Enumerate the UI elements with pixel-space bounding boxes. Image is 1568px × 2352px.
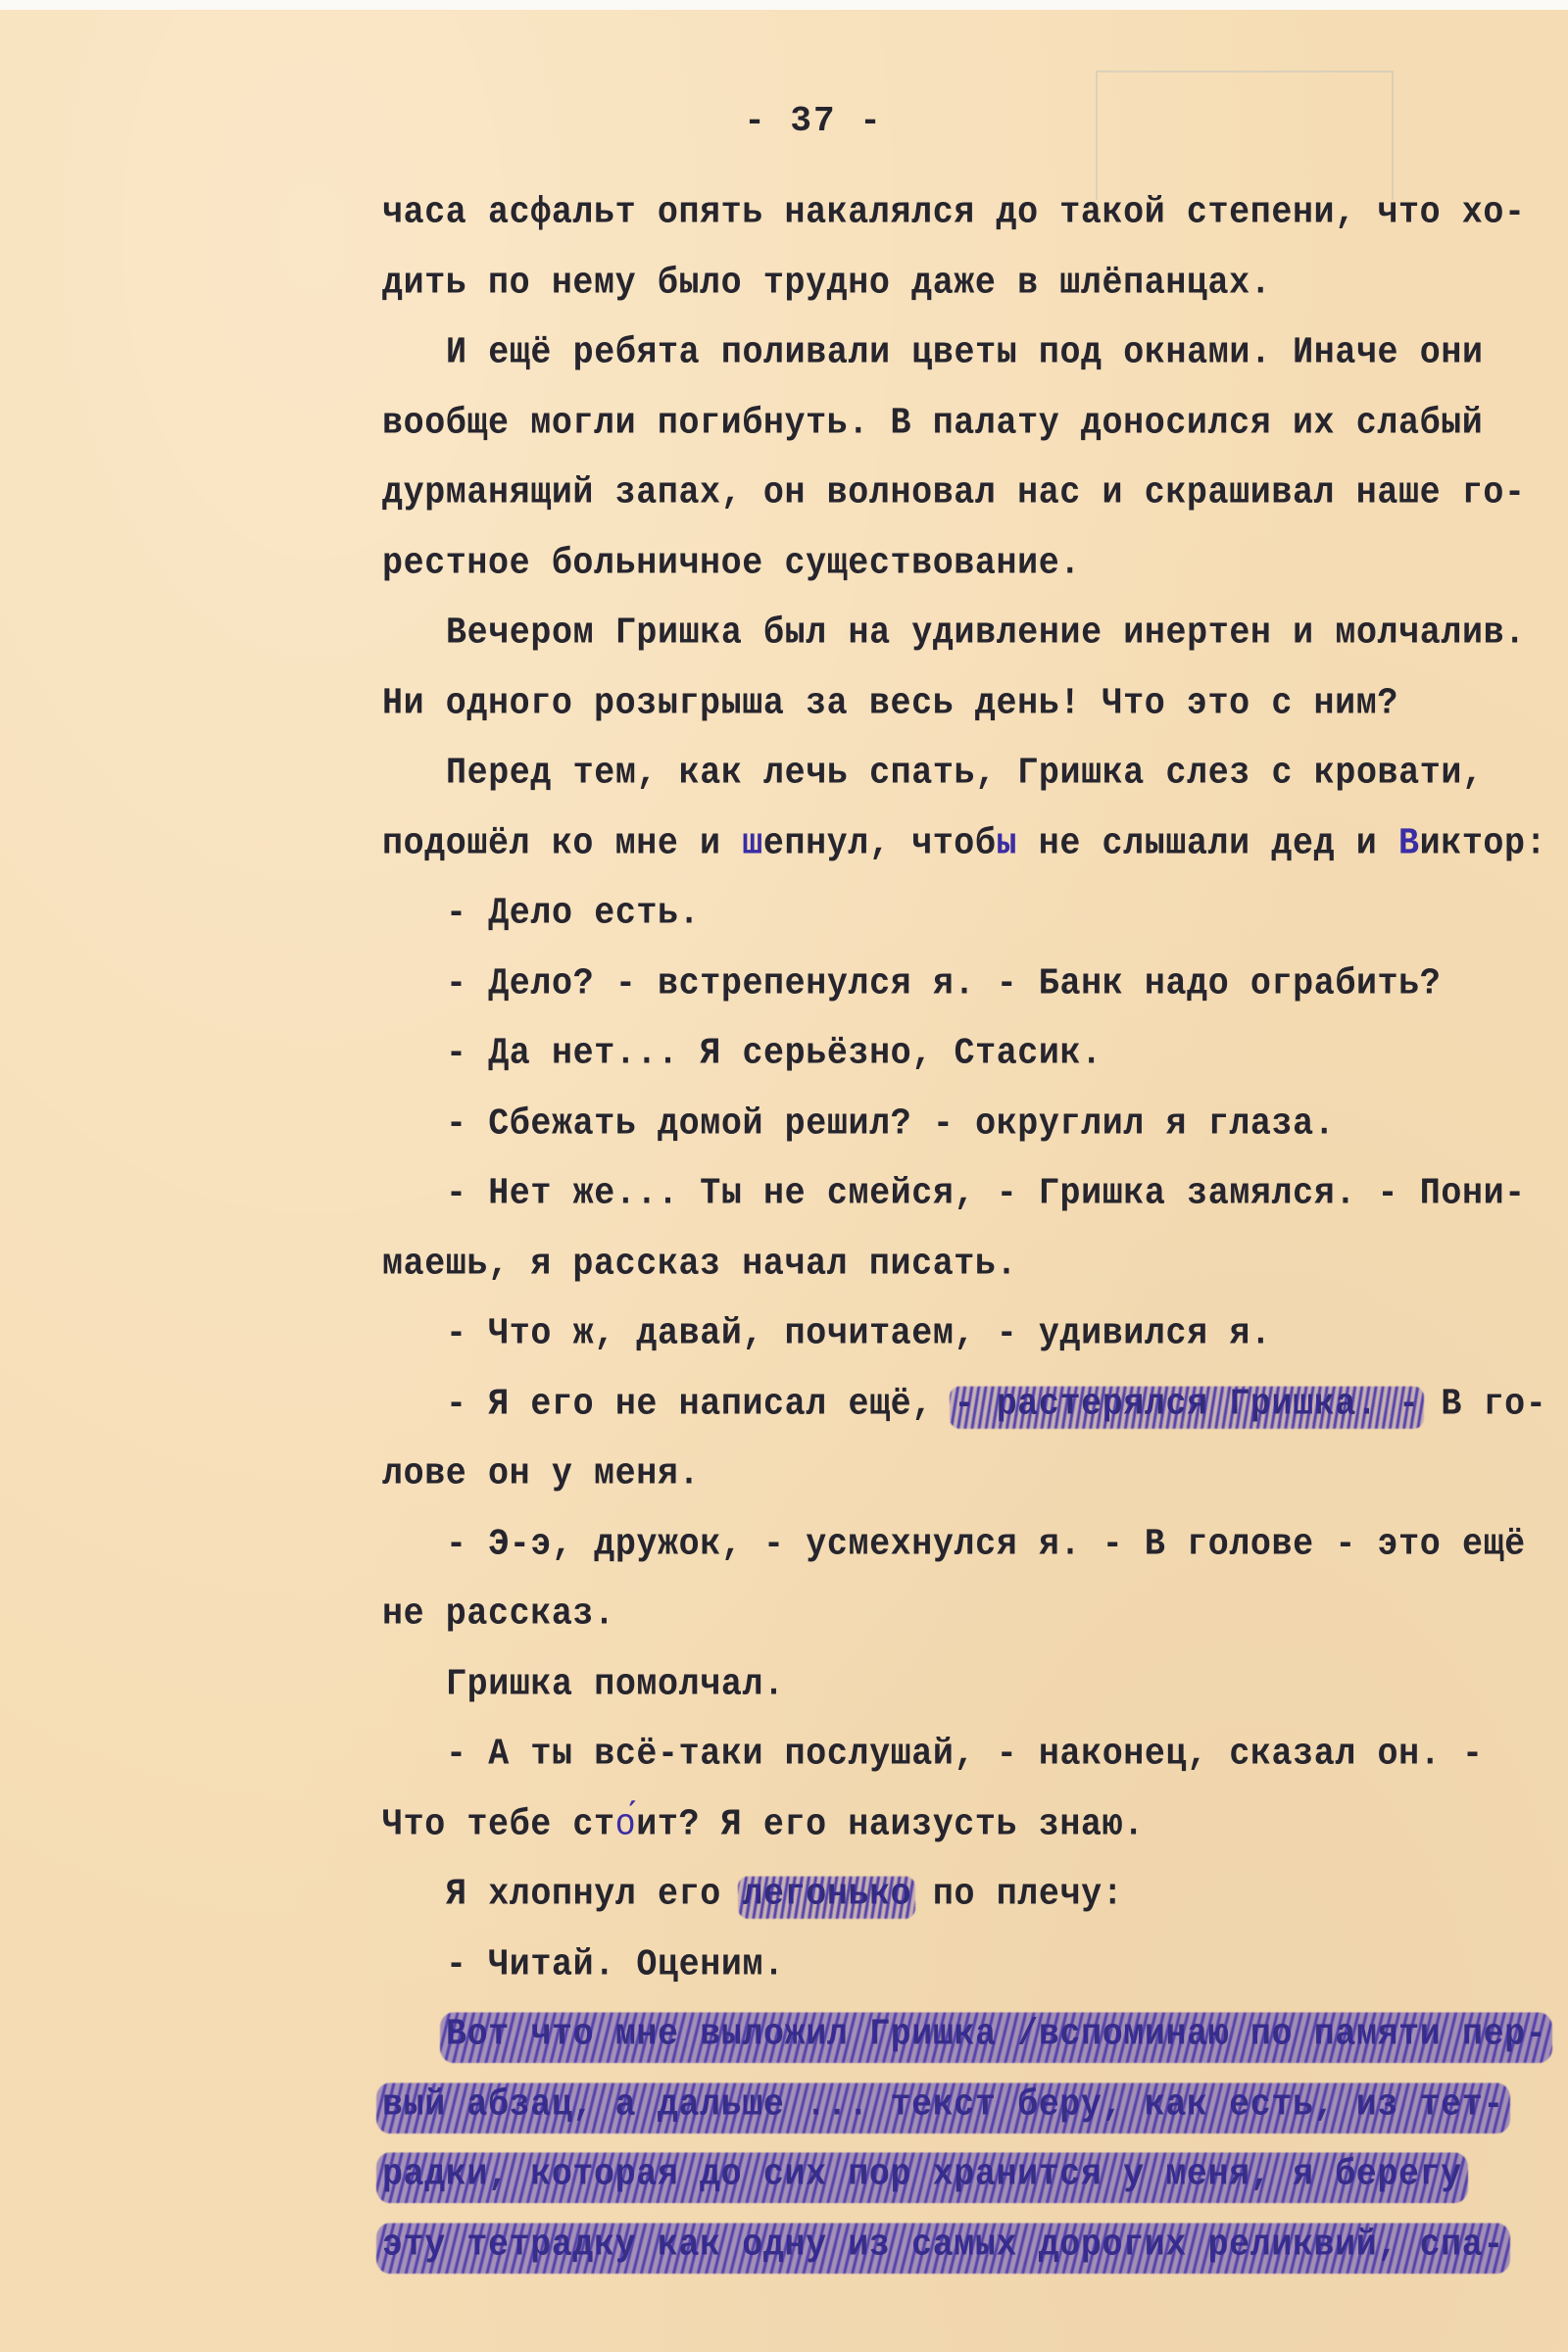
scribbled-paragraph-line: вый абзац, а дальше ... текст беру, как … — [382, 2079, 1558, 2154]
scribbled-out-text: вый абзац, а дальше ... текст беру, как … — [382, 2079, 1504, 2131]
text-segment: подошёл ко мне и — [382, 822, 742, 864]
text-segment: епнул, чтоб — [763, 822, 997, 864]
dialogue-line-with-strikeout: - Я его не написал ещё, - растерялся Гри… — [382, 1378, 1558, 1453]
text-line: часа асфальт опять накалялся до такой ст… — [382, 186, 1558, 262]
text-line: дурманящий запах, он волновал нас и скра… — [382, 466, 1558, 542]
dialogue-line: - Э-э, дружок, - усмехнулся я. - В голов… — [382, 1518, 1558, 1593]
scribbled-out-word: легонько — [742, 1868, 911, 1921]
scribbled-out-text: эту тетрадку как одну из самых дорогих р… — [382, 2219, 1504, 2272]
text-line: вообще могли погибнуть. В палату доносил… — [382, 397, 1558, 472]
paragraph-start: Гришка помолчал. — [382, 1658, 1558, 1734]
dialogue-line: - Нет же... Ты не смейся, - Гришка замял… — [382, 1167, 1558, 1243]
dialogue-line: - Сбежать домой решил? - округлил я глаз… — [382, 1098, 1558, 1173]
pen-correction: ш — [742, 822, 763, 864]
paragraph-start: И ещё ребята поливали цветы под окнами. … — [382, 326, 1558, 402]
dialogue-line: - Дело есть. — [382, 887, 1558, 962]
text-line: маешь, я рассказ начал писать. — [382, 1238, 1558, 1313]
dialogue-line: - Читай. Оценим. — [382, 1938, 1558, 2014]
scribbled-out-text: радки, которая до сих пор хранится у мен… — [382, 2148, 1462, 2201]
typewritten-body: часа асфальт опять накалялся до такой ст… — [382, 186, 1558, 2288]
pen-accent-mark: о́ — [615, 1803, 637, 1845]
text-line-with-pen-corrections: подошёл ко мне и шепнул, чтобы не слышал… — [382, 817, 1558, 893]
paragraph-start: Вечером Гришка был на удивление инертен … — [382, 607, 1558, 682]
text-line: Ни одного розыгрыша за весь день! Что эт… — [382, 677, 1558, 753]
text-segment: по плечу: — [911, 1873, 1123, 1915]
dialogue-line: - А ты всё-таки послушай, - наконец, ска… — [382, 1728, 1558, 1803]
text-line: лове он у меня. — [382, 1447, 1558, 1523]
page-number: - 37 - — [0, 101, 1568, 141]
pen-correction: ы — [997, 822, 1018, 864]
scribbled-paragraph-line: Вот что мне выложил Гришка /вспоминаю по… — [382, 2008, 1558, 2083]
text-line: дить по нему было трудно даже в шлёпанца… — [382, 257, 1558, 332]
scan-top-edge — [0, 0, 1568, 10]
paragraph-start: Перед тем, как лечь спать, Гришка слез с… — [382, 747, 1558, 822]
text-segment: не слышали дед и — [1017, 822, 1398, 864]
text-segment: Я хлопнул его — [446, 1873, 742, 1915]
text-segment: Что тебе ст — [382, 1803, 615, 1845]
text-segment: ит? Я его наизусть знаю. — [636, 1803, 1144, 1845]
dialogue-line: - Что ж, давай, почитаем, - удивился я. — [382, 1307, 1558, 1383]
text-segment: - Я его не написал ещё, — [446, 1383, 954, 1425]
paragraph-with-strikeout: Я хлопнул его легонько по плечу: — [382, 1868, 1558, 1943]
text-line-with-accent-mark: Что тебе сто́ит? Я его наизусть знаю. — [382, 1798, 1558, 1874]
dialogue-line: - Да нет... Я серьёзно, Стасик. — [382, 1027, 1558, 1102]
text-line: не рассказ. — [382, 1588, 1558, 1663]
scribbled-out-text: - растерялся Гришка. - — [954, 1378, 1419, 1431]
text-line: рестное больничное существование. — [382, 537, 1558, 612]
scribbled-paragraph-line: радки, которая до сих пор хранится у мен… — [382, 2148, 1558, 2224]
scribbled-paragraph-line: эту тетрадку как одну из самых дорогих р… — [382, 2219, 1558, 2294]
text-segment: иктор: — [1420, 822, 1547, 864]
pen-correction: В — [1398, 822, 1420, 864]
text-segment: В го- — [1420, 1383, 1547, 1425]
scribbled-out-text: Вот что мне выложил Гришка /вспоминаю по… — [446, 2008, 1546, 2061]
dialogue-line: - Дело? - встрепенулся я. - Банк надо ог… — [382, 957, 1558, 1033]
